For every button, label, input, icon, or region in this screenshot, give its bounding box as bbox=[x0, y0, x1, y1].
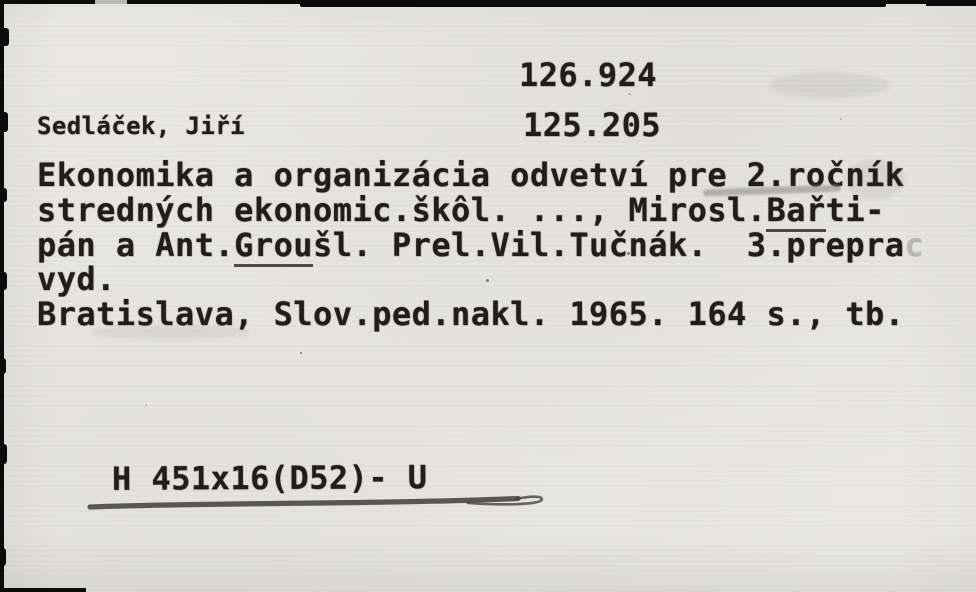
title-line-2: stredných ekonomic.škôl. ..., Mirosl.Bař… bbox=[37, 193, 885, 227]
title-line-2-text: stredných ekonomic.škôl. ..., Mirosl. bbox=[37, 191, 766, 229]
scan-edge-top-gap bbox=[95, 0, 127, 4]
author-heading: Sedláček, Jiří bbox=[37, 112, 245, 140]
ink-speck bbox=[627, 252, 630, 255]
ink-speck bbox=[145, 404, 147, 406]
scan-edge-blot bbox=[0, 112, 8, 132]
secondary-number: 125.205 bbox=[523, 108, 661, 142]
scan-edge-blot bbox=[0, 188, 7, 202]
scan-edge-blot bbox=[0, 272, 7, 290]
scan-edge-blot bbox=[0, 28, 9, 46]
scan-edge-bottom-left bbox=[0, 588, 86, 592]
title-line-3-text: pán a Ant. bbox=[37, 226, 234, 264]
ink-speck bbox=[486, 279, 489, 282]
scan-edge-left bbox=[0, 0, 4, 592]
title-line-4: vyd. bbox=[37, 262, 116, 296]
paper-ghost-mark bbox=[770, 72, 890, 98]
underlined-name-grousl: Grou bbox=[234, 226, 313, 267]
scan-edge-blot bbox=[0, 444, 7, 464]
title-line-3-tail: šl. Prel.Vil.Tučnák. 3.prepra bbox=[313, 226, 904, 264]
scan-edge-top-thick bbox=[300, 0, 886, 7]
scan-edge-blot bbox=[0, 358, 6, 374]
scan-edge-blot bbox=[0, 548, 6, 566]
accession-number: 126.924 bbox=[519, 58, 657, 92]
pencil-underline-flourish bbox=[80, 486, 560, 520]
paper-ghost-mark bbox=[90, 325, 250, 339]
scan-edge-top-right bbox=[926, 0, 976, 6]
ink-speck bbox=[840, 118, 842, 120]
catalog-card-scan: 126.924 125.205 Sedláček, Jiří Ekonomika… bbox=[0, 0, 976, 592]
faint-ghost-letter: c bbox=[905, 226, 925, 264]
paper-ghost-mark bbox=[845, 160, 905, 200]
title-line-3: pán a Ant.Groušl. Prel.Vil.Tučnák. 3.pre… bbox=[37, 228, 924, 262]
ink-speck bbox=[628, 93, 631, 95]
ink-speck bbox=[300, 352, 302, 354]
